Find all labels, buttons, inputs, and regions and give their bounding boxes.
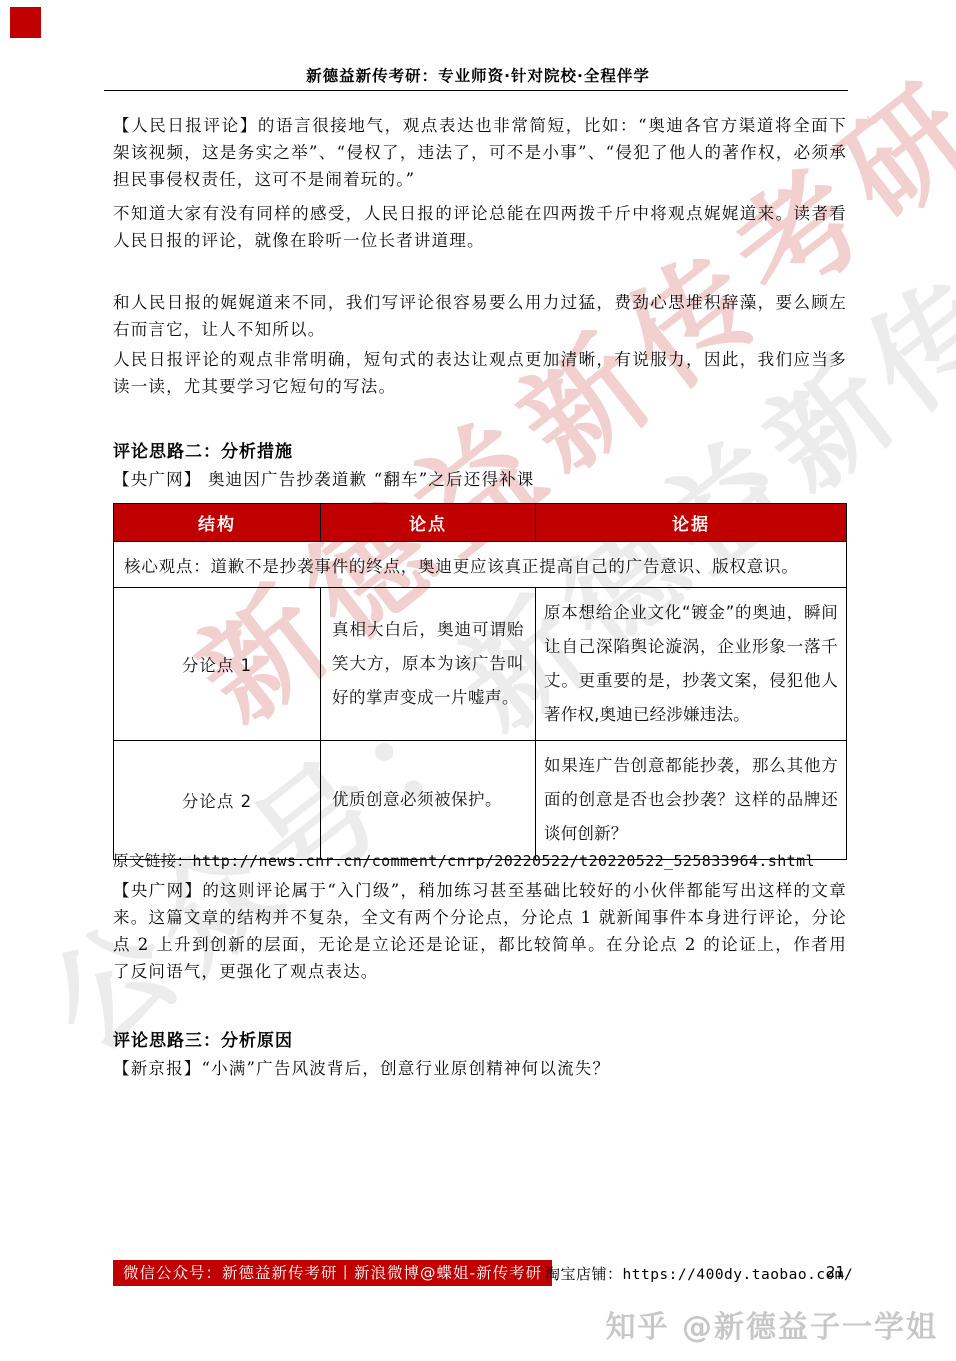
paragraph-cnr-analysis: 【央广网】的这则评论属于“入门级”，稍加练习甚至基础比较好的小伙伴都能写出这样的… <box>113 877 847 985</box>
header-tagline: 新德益新传考研：专业师资·针对院校·全程伴学 <box>0 64 956 86</box>
source-line-cnr: 【央广网】 奥迪因广告抄袭道歉 “翻车”之后还得补课 <box>113 466 847 490</box>
comment-structure-table: 结构 论点 论据 核心观点：道歉不是抄袭事件的终点，奥迪更应该真正提高自己的广告… <box>113 503 847 860</box>
subpoint-1-label: 分论点 1 <box>114 588 321 741</box>
table-row: 分论点 1 真相大白后，奥迪可谓贻笑大方，原本为该广告叫好的掌声变成一片嘘声。 … <box>114 588 847 741</box>
brand-logo-square <box>10 7 41 38</box>
paragraph-renmin-style: 【人民日报评论】的语言很接地气，观点表达也非常简短，比如：“奥迪各官方渠道将全面… <box>113 112 847 193</box>
comment-structure-table-wrap: 结构 论点 论据 核心观点：道歉不是抄袭事件的终点，奥迪更应该真正提高自己的广告… <box>113 503 847 860</box>
section-heading-analyze-measures: 评论思路二：分析措施 <box>113 437 847 462</box>
col-header-argument: 论点 <box>321 504 536 542</box>
subpoint-1-argument: 真相大白后，奥迪可谓贻笑大方，原本为该广告叫好的掌声变成一片嘘声。 <box>321 588 536 741</box>
table-header-row: 结构 论点 论据 <box>114 504 847 542</box>
zhihu-watermark: 知乎 @新德益子一学姐 <box>606 1302 938 1346</box>
footer-taobao-line: 淘宝店铺：https://400dy.taobao.com/ <box>545 1263 853 1284</box>
col-header-evidence: 论据 <box>536 504 847 542</box>
source-line-bjnews: 【新京报】“小满”广告风波背后，创意行业原创精神何以流失？ <box>113 1055 847 1079</box>
subpoint-2-label: 分论点 2 <box>114 741 321 860</box>
footer-wechat-bar: 微信公众号：新德益新传考研丨新浪微博@蝶姐-新传考研 <box>113 1260 552 1286</box>
source-link-label: 原文链接： <box>113 852 193 870</box>
source-link-line: 原文链接：http://news.cnr.cn/comment/cnrp/202… <box>113 849 847 871</box>
footer-taobao-label: 淘宝店铺： <box>545 1265 623 1283</box>
footer-taobao-url[interactable]: https://400dy.taobao.com/ <box>623 1267 854 1283</box>
core-point-row: 核心观点：道歉不是抄袭事件的终点，奥迪更应该真正提高自己的广告意识、版权意识。 <box>114 542 847 588</box>
paragraph-short-sentence: 人民日报评论的观点非常明确，短句式的表达让观点更加清晰，有说服力，因此，我们应当… <box>113 346 847 400</box>
paragraph-renmin-feel: 不知道大家有没有同样的感受，人民日报的评论总能在四两拨千斤中将观点娓娓道来。读者… <box>113 200 847 254</box>
col-header-structure: 结构 <box>114 504 321 542</box>
subpoint-1-evidence: 原本想给企业文化“镀金”的奥迪，瞬间让自己深陷舆论漩涡，企业形象一落千丈。更重要… <box>536 588 847 741</box>
section-heading-analyze-causes: 评论思路三：分析原因 <box>113 1026 847 1051</box>
core-point-cell: 核心观点：道歉不是抄袭事件的终点，奥迪更应该真正提高自己的广告意识、版权意识。 <box>114 542 847 588</box>
page-number: 21 <box>826 1263 845 1281</box>
paragraph-contrast: 和人民日报的娓娓道来不同，我们写评论很容易要么用力过猛，费劲心思堆积辞藻，要么顾… <box>113 289 847 343</box>
table-row: 分论点 2 优质创意必须被保护。 如果连广告创意都能抄袭，那么其他方面的创意是否… <box>114 741 847 860</box>
document-page: 公众号：新德益新传考研 新德益新传考研 新德益新传考研：专业师资·针对院校·全程… <box>0 0 956 1361</box>
subpoint-2-evidence: 如果连广告创意都能抄袭，那么其他方面的创意是否也会抄袭？这样的品牌还谈何创新？ <box>536 741 847 860</box>
header-divider <box>104 90 848 91</box>
subpoint-2-argument: 优质创意必须被保护。 <box>321 741 536 860</box>
source-link-url[interactable]: http://news.cnr.cn/comment/cnrp/20220522… <box>193 852 815 870</box>
